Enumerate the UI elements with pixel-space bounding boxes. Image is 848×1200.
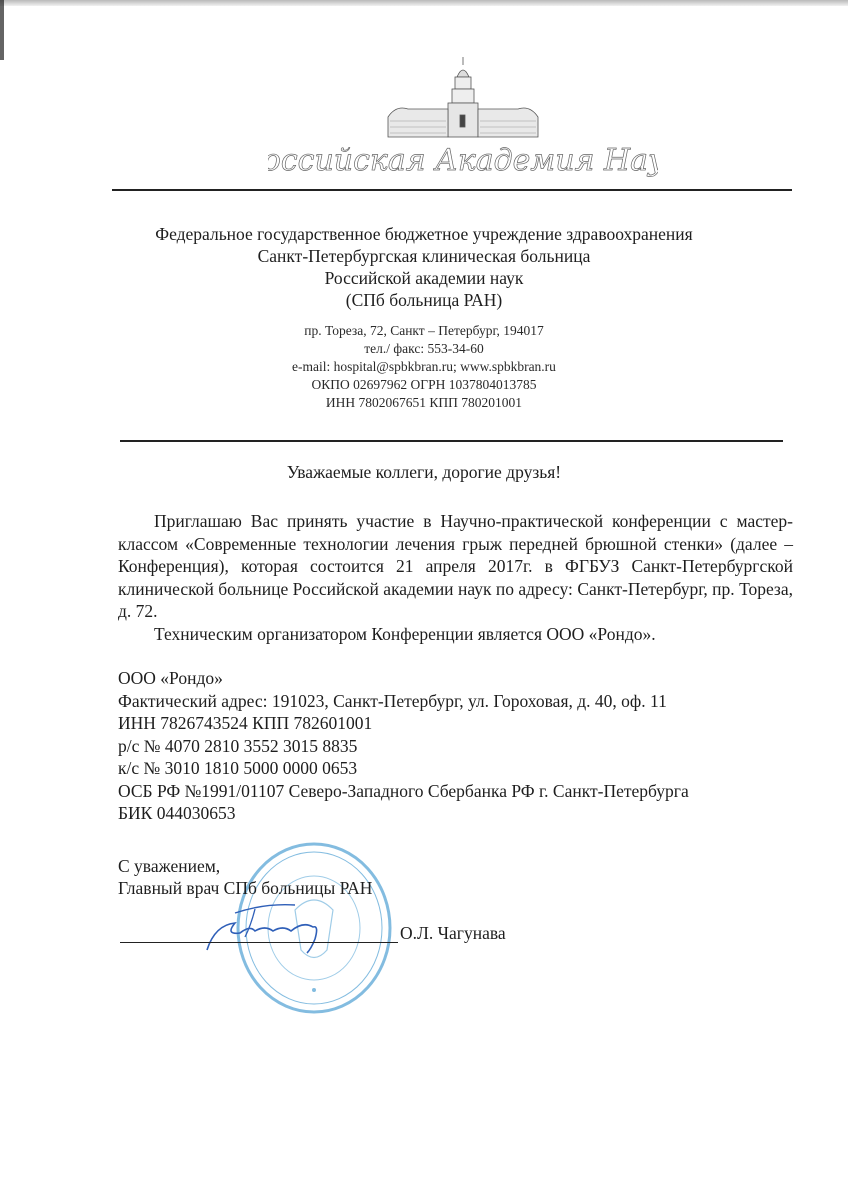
closing: С уважением, [118,855,372,877]
letter-body: Приглашаю Вас принять участие в Научно-п… [118,510,793,645]
organizer-requisites: ООО «Рондо» Фактический адрес: 191023, С… [118,667,818,825]
invitation-paragraph: Приглашаю Вас принять участие в Научно-п… [118,510,793,623]
requisite-bank: ОСБ РФ №1991/01107 Северо-Западного Сбер… [118,780,818,803]
logo-caption: Российская Академия Наук [268,143,658,178]
requisite-settlement-account: р/с № 4070 2810 3552 3015 8835 [118,735,818,758]
contacts-divider [120,440,783,442]
scan-edge-left [0,0,4,60]
phone-fax: тел./ факс: 553-34-60 [0,340,848,358]
header-divider [112,189,792,191]
organization-name-line-2: Санкт-Петербургская клиническая больница [0,245,848,267]
signature-line [120,942,398,943]
okpo-ogrn: ОКПО 02697962 ОГРН 1037804013785 [0,376,848,394]
requisite-correspondent-account: к/с № 3010 1810 5000 0000 0653 [118,757,818,780]
handwritten-signature-icon [195,895,345,955]
email-website: e-mail: hospital@spbkbran.ru; www.spbkbr… [0,358,848,376]
requisite-address: Фактический адрес: 191023, Санкт-Петербу… [118,690,818,713]
organization-name-line-3: Российской академии наук [0,267,848,289]
requisite-inn-kpp: ИНН 7826743524 КПП 782601001 [118,712,818,735]
scan-edge-top [0,0,848,6]
signer-name: О.Л. Чагунава [400,923,506,944]
academy-logo: Российская Академия Наук [268,55,658,185]
requisite-bik: БИК 044030653 [118,802,818,825]
organization-short-name: (СПб больница РАН) [0,289,848,311]
greeting: Уважаемые коллеги, дорогие друзья! [0,462,848,483]
requisite-company: ООО «Рондо» [118,667,818,690]
organization-name-line-1: Федеральное государственное бюджетное уч… [0,223,848,245]
postal-address: пр. Тореза, 72, Санкт – Петербург, 19401… [0,322,848,340]
inn-kpp: ИНН 7802067651 КПП 780201001 [0,394,848,412]
academy-building-icon: Российская Академия Наук [268,55,658,185]
organizer-paragraph: Техническим организатором Конференции яв… [118,623,793,646]
signature-block: С уважением, Главный врач СПб больницы Р… [118,855,372,899]
